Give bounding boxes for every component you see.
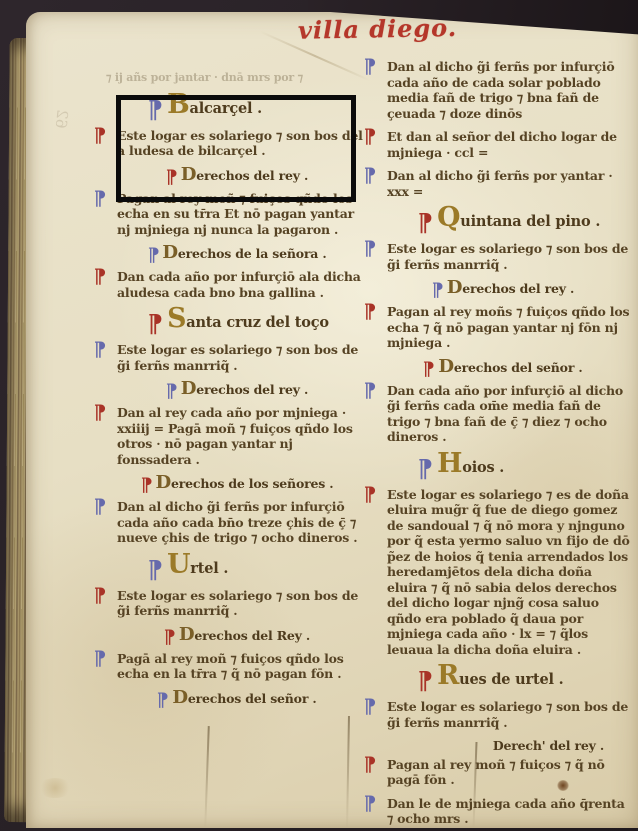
manuscript-text: Este logar es solariego ⁊ son bos de g̃i… [387, 241, 628, 272]
capitulum-mark-blue: ¶ [94, 188, 107, 208]
section-heading: ¶Derechos del Rey . [104, 627, 370, 647]
manuscript-paragraph: ¶Dan al dicho g̃i ferñs por infurçiō cad… [374, 59, 632, 121]
manuscript-text: Rues de urtel . [437, 668, 563, 688]
manuscript-text: Derechos del señor . [172, 690, 316, 707]
capitulum-mark-red: ¶ [364, 126, 377, 146]
capitulum-mark-blue: ¶ [157, 691, 169, 710]
manuscript-photo: villa diego. 62 ⁊ ij añs por jantar · dn… [0, 0, 638, 831]
manuscript-text: Urtel . [167, 557, 228, 577]
section-heading: Derech' del rey . [374, 738, 632, 754]
manuscript-text: Derechos del rey . [447, 280, 574, 297]
capitulum-mark-red: ¶ [423, 360, 435, 379]
rubric-title: villa diego. [298, 12, 498, 44]
section-heading: ¶Derechos de la señora . [104, 245, 370, 265]
faded-marginal-line: ⁊ ij añs por jantar · dnā mrs por ⁊ [104, 70, 370, 86]
manuscript-text: Derechos del rey . [181, 381, 308, 398]
capitulum-mark-red: ¶ [94, 402, 107, 422]
capitulum-mark-blue: ¶ [94, 339, 107, 359]
section-heading: ¶Derechos del señor . [374, 359, 632, 379]
capitulum-mark-blue: ¶ [94, 496, 107, 516]
place-name-heading: ¶Urtel . [104, 557, 370, 582]
manuscript-text: Derechos de los señores . [156, 475, 334, 492]
section-heading: ¶Derechos del rey . [374, 280, 632, 300]
place-name-heading: ¶Hoios . [374, 456, 632, 481]
manuscript-text: Este logar es solariego ⁊ son bos de g̃i… [117, 342, 358, 373]
manuscript-paragraph: ¶Dan le de mjniega cada año q̄renta ⁊ oc… [374, 796, 632, 827]
manuscript-text: Derechos del señor . [438, 359, 582, 376]
manuscript-paragraph: ¶Pagan al rey moñ ⁊ fuiços ⁊ q̃ nō pagā … [374, 757, 632, 788]
annotation-highlight-box [116, 95, 356, 202]
place-name-heading: ¶Santa cruz del toço [104, 311, 370, 336]
ink-stain [557, 780, 569, 791]
capitulum-mark-red: ¶ [164, 628, 176, 647]
manuscript-text: Santa cruz del toço [167, 311, 329, 331]
section-heading: ¶Derechos del señor . [104, 690, 370, 710]
manuscript-paragraph: ¶Este logar es solariego ⁊ son bos de g̃… [374, 699, 632, 730]
manuscript-text: Pagan al rey moñ ⁊ fuiços ⁊ q̃ nō pagā f… [387, 757, 605, 788]
capitulum-mark-red: ¶ [364, 484, 377, 504]
manuscript-text: Dan al rey cada año por mjniega · xxiiij… [117, 405, 353, 467]
manuscript-paragraph: ¶Este logar es solariego ⁊ son bos de g̃… [374, 241, 632, 272]
manuscript-paragraph: ¶Este logar es solariego ⁊ es de doña el… [374, 487, 632, 658]
manuscript-text: Hoios . [437, 456, 504, 476]
section-heading: ¶Derechos de los señores . [104, 475, 370, 495]
manuscript-paragraph: ¶Pagā al rey moñ ⁊ fuiços qñdo los echa … [104, 651, 370, 682]
capitulum-mark-blue: ¶ [148, 246, 160, 265]
right-text-column: ¶Dan al dicho g̃i ferñs por infurçiō cad… [374, 56, 632, 831]
manuscript-paragraph: ¶Dan cada año por infurçiō al dicho g̃i … [374, 383, 632, 445]
capitulum-mark-red: ¶ [94, 585, 107, 605]
capitulum-mark-blue: ¶ [364, 793, 377, 813]
manuscript-text: Pagan al rey moñs ⁊ fuiços qñdo los echa… [387, 304, 629, 350]
place-name-heading: ¶Rues de urtel . [374, 668, 632, 693]
manuscript-text: Dan le de mjniega cada año q̄renta ⁊ och… [387, 796, 625, 827]
manuscript-text: Derech' del rey . [493, 738, 604, 753]
manuscript-paragraph: ¶Dan al dicho g̃i ferñs por yantar · xxx… [374, 168, 632, 199]
manuscript-text: ⁊ ij añs por jantar · dnā mrs por ⁊ [106, 71, 303, 84]
parchment-smudge [38, 778, 72, 798]
capitulum-mark-red: ¶ [418, 211, 433, 235]
manuscript-paragraph: ¶Pagan al rey moñs ⁊ fuiços qñdo los ech… [374, 304, 632, 351]
manuscript-text: Quintana del pino . [437, 210, 600, 230]
capitulum-mark-blue: ¶ [364, 56, 377, 76]
capitulum-mark-red: ¶ [364, 754, 377, 774]
manuscript-text: Este logar es solariego ⁊ son bos de g̃i… [387, 699, 628, 730]
manuscript-text: Este logar es solariego ⁊ son bos de g̃i… [117, 588, 358, 619]
manuscript-paragraph: ¶Dan al rey cada año por mjniega · xxiii… [104, 405, 370, 467]
capitulum-mark-blue: ¶ [364, 238, 377, 258]
manuscript-text: Dan al dicho g̃i ferñs por infurçiō cada… [387, 59, 615, 121]
capitulum-mark-red: ¶ [94, 266, 107, 286]
manuscript-paragraph: ¶Dan cada año por infurçiō ala dicha alu… [104, 269, 370, 300]
place-name-heading: ¶Quintana del pino . [374, 210, 632, 235]
capitulum-mark-red: ¶ [418, 669, 433, 693]
capitulum-mark-red: ¶ [364, 301, 377, 321]
manuscript-text: Et dan al señor del dicho logar de mjnie… [387, 129, 617, 160]
capitulum-mark-blue: ¶ [364, 380, 377, 400]
capitulum-mark-red: ¶ [148, 312, 163, 336]
capitulum-mark-red: ¶ [141, 476, 153, 495]
manuscript-paragraph: ¶Este logar es solariego ⁊ son bos de g̃… [104, 588, 370, 619]
manuscript-paragraph: ¶Dan al dicho g̃i ferñs por infurçiō cad… [104, 499, 370, 546]
manuscript-text: Dan cada año por infurçiō ala dicha alud… [117, 269, 361, 300]
manuscript-paragraph: ¶Et dan al señor del dicho logar de mjni… [374, 129, 632, 160]
manuscript-text: Dan al dicho g̃i ferñs por yantar · xxx … [387, 168, 613, 199]
capitulum-mark-blue: ¶ [148, 558, 163, 582]
manuscript-text: Derechos de la señora . [162, 245, 326, 262]
capitulum-mark-blue: ¶ [364, 165, 377, 185]
manuscript-text: Derechos del Rey . [179, 627, 310, 644]
capitulum-mark-red: ¶ [94, 125, 107, 145]
capitulum-mark-blue: ¶ [364, 696, 377, 716]
manuscript-text: Dan cada año por infurçiō al dicho g̃i f… [387, 383, 623, 445]
capitulum-mark-blue: ¶ [166, 382, 178, 401]
manuscript-text: Este logar es solariego ⁊ es de doña elu… [387, 487, 630, 657]
manuscript-paragraph: ¶Este logar es solariego ⁊ son bos de g̃… [104, 342, 370, 373]
capitulum-mark-blue: ¶ [94, 648, 107, 668]
capitulum-mark-blue: ¶ [432, 281, 444, 300]
folio-number-bleedthrough: 62 [52, 109, 72, 130]
section-heading: ¶Derechos del rey . [104, 381, 370, 401]
manuscript-text: Dan al dicho g̃i ferñs por infurçiō cada… [117, 499, 357, 545]
capitulum-mark-blue: ¶ [418, 457, 433, 481]
manuscript-text: Pagā al rey moñ ⁊ fuiços qñdo los echa e… [117, 651, 344, 682]
